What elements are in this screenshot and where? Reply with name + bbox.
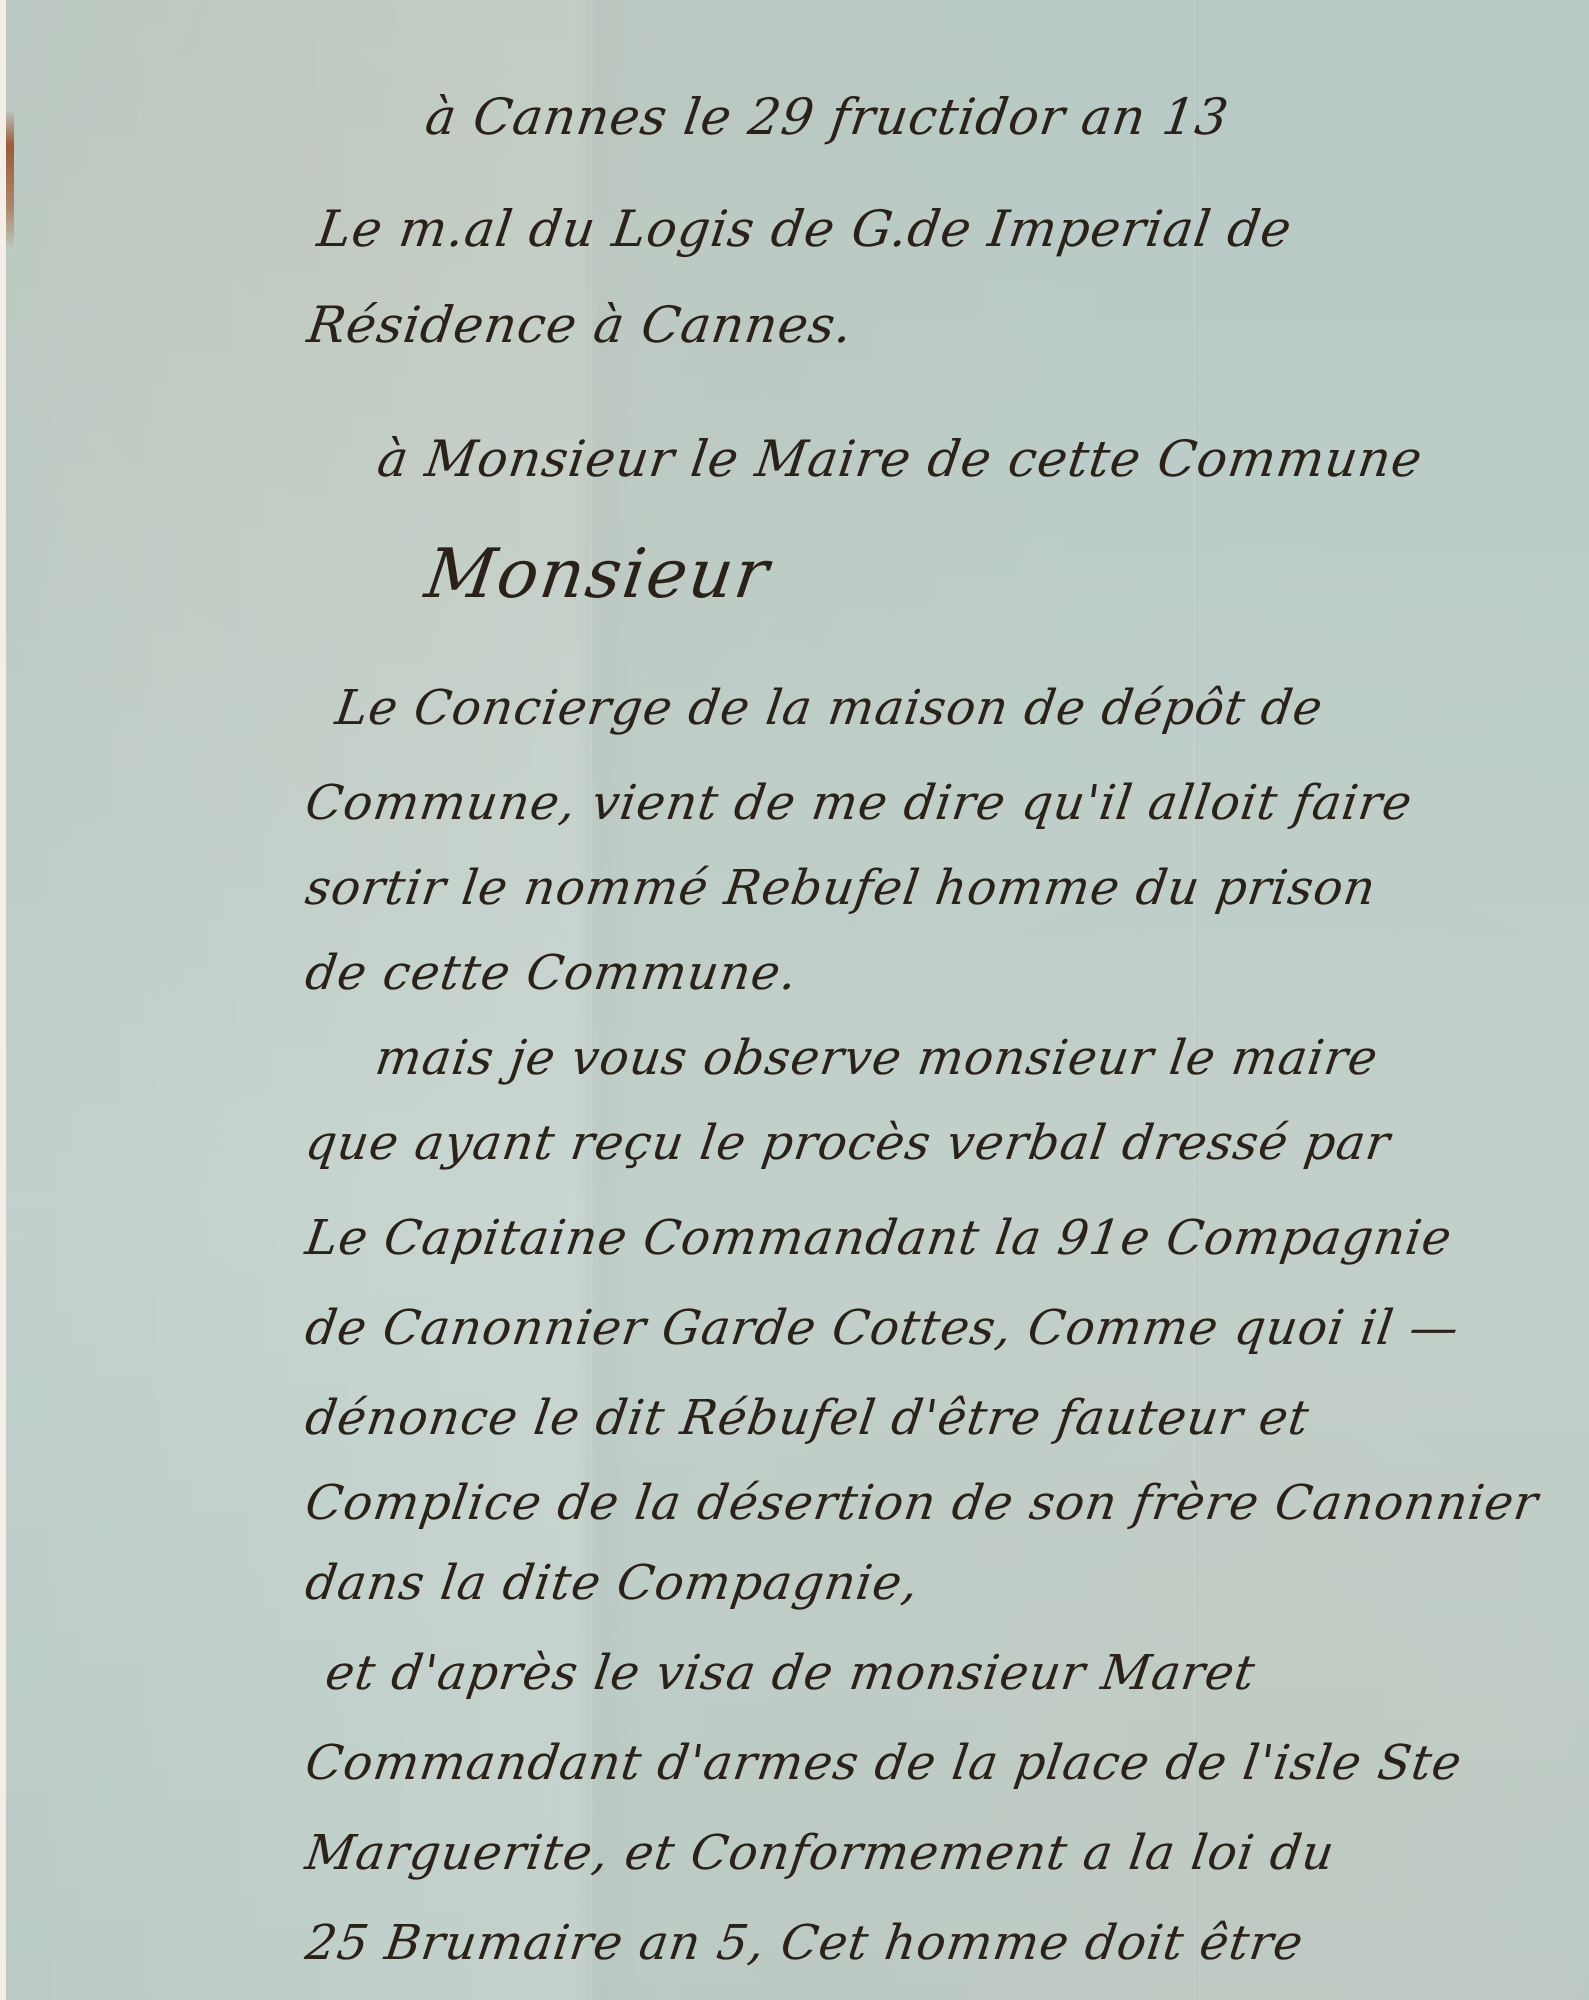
body-line: Le Concierge de la maison de dépôt de	[332, 680, 1327, 736]
sender-line-1: Le m.al du Logis de G.de Imperial de	[314, 200, 1296, 258]
rust-stain	[6, 110, 14, 250]
body-line: Commune, vient de me dire qu'il alloit f…	[302, 775, 1416, 831]
body-line: Marguerite, et Conformement a la loi du	[302, 1825, 1338, 1881]
salutation: Monsieur	[420, 535, 775, 614]
body-line: dans la dite Compagnie,	[302, 1555, 922, 1611]
body-line: et d'après le visa de monsieur Maret	[322, 1645, 1259, 1701]
body-line: de Canonnier Garde Cottes, Comme quoi il…	[302, 1300, 1463, 1356]
body-line: sortir le nommé Rebufel homme du prison	[302, 860, 1380, 916]
body-line: mais je vous observe monsieur le maire	[372, 1030, 1382, 1086]
body-line: Commandant d'armes de la place de l'isle…	[302, 1735, 1466, 1791]
letter-paper: à Cannes le 29 fructidor an 13 Le m.al d…	[6, 0, 1589, 2000]
body-line: que ayant reçu le procès verbal dressé p…	[302, 1115, 1394, 1171]
body-line: dénonce le dit Rébufel d'être fauteur et	[302, 1390, 1313, 1446]
body-line: 25 Brumaire an 5, Cet homme doit être	[302, 1915, 1307, 1971]
body-line: Complice de la désertion de son frère Ca…	[302, 1475, 1542, 1531]
sender-line-2: Résidence à Cannes.	[304, 296, 857, 354]
place-date: à Cannes le 29 fructidor an 13	[422, 88, 1233, 146]
body-line: Le Capitaine Commandant la 91e Compagnie	[302, 1210, 1456, 1266]
recipient-line: à Monsieur le Maire de cette Commune	[374, 430, 1426, 488]
body-line: de cette Commune.	[302, 945, 801, 1001]
